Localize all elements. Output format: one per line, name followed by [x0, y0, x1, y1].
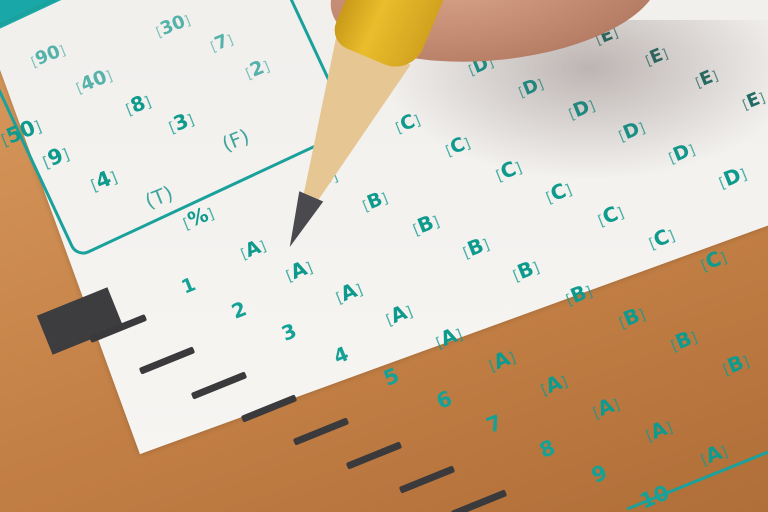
answer-bubble-b[interactable]: [B]: [458, 231, 492, 263]
answer-bubble-a[interactable]: [A]: [381, 298, 415, 330]
answer-bubble-b[interactable]: [B]: [666, 324, 700, 356]
answer-bubble-b[interactable]: [B]: [508, 254, 542, 286]
answer-bubble-b[interactable]: [B]: [561, 278, 595, 310]
timing-mark: [241, 394, 297, 422]
section-border-line: [627, 433, 768, 511]
answer-bubble-b[interactable]: [B]: [614, 301, 648, 333]
timing-mark: [346, 441, 402, 469]
photo-scene: TRUO [30] [90] [7] [40] [2] [8] [3] [50]…: [0, 0, 768, 512]
answer-bubble-c[interactable]: [C]: [696, 244, 729, 276]
timing-mark: [399, 465, 455, 493]
answer-bubble-c[interactable]: [C]: [593, 199, 626, 231]
answer-bubble-a[interactable]: [A]: [431, 321, 465, 353]
answer-bubble-b[interactable]: [B]: [718, 348, 752, 380]
answer-bubble-a[interactable]: [A]: [641, 414, 675, 446]
question-number: 3: [278, 318, 300, 345]
answer-bubble-c[interactable]: [C]: [541, 176, 574, 208]
question-number: 4: [330, 341, 352, 368]
question-number: 9: [588, 460, 611, 488]
answer-bubble-a[interactable]: [A]: [696, 438, 730, 470]
timing-mark: [293, 417, 349, 445]
answer-bubble-b[interactable]: [B]: [408, 208, 442, 240]
timing-mark: [139, 346, 195, 374]
answer-bubble-a[interactable]: [A]: [588, 391, 622, 423]
question-number: 6: [433, 386, 456, 414]
question-number: 5: [380, 363, 403, 391]
question-number: 7: [483, 410, 506, 438]
answer-bubble-a[interactable]: [A]: [484, 344, 518, 376]
timing-mark: [191, 371, 247, 399]
question-number: 1: [178, 273, 199, 298]
answer-bubble-a[interactable]: [A]: [536, 368, 570, 400]
question-number: 8: [536, 435, 559, 463]
question-number: 2: [228, 296, 250, 323]
timing-mark: [451, 489, 507, 512]
timing-block-mark: [37, 287, 123, 354]
answer-bubble-c[interactable]: [C]: [644, 222, 677, 254]
